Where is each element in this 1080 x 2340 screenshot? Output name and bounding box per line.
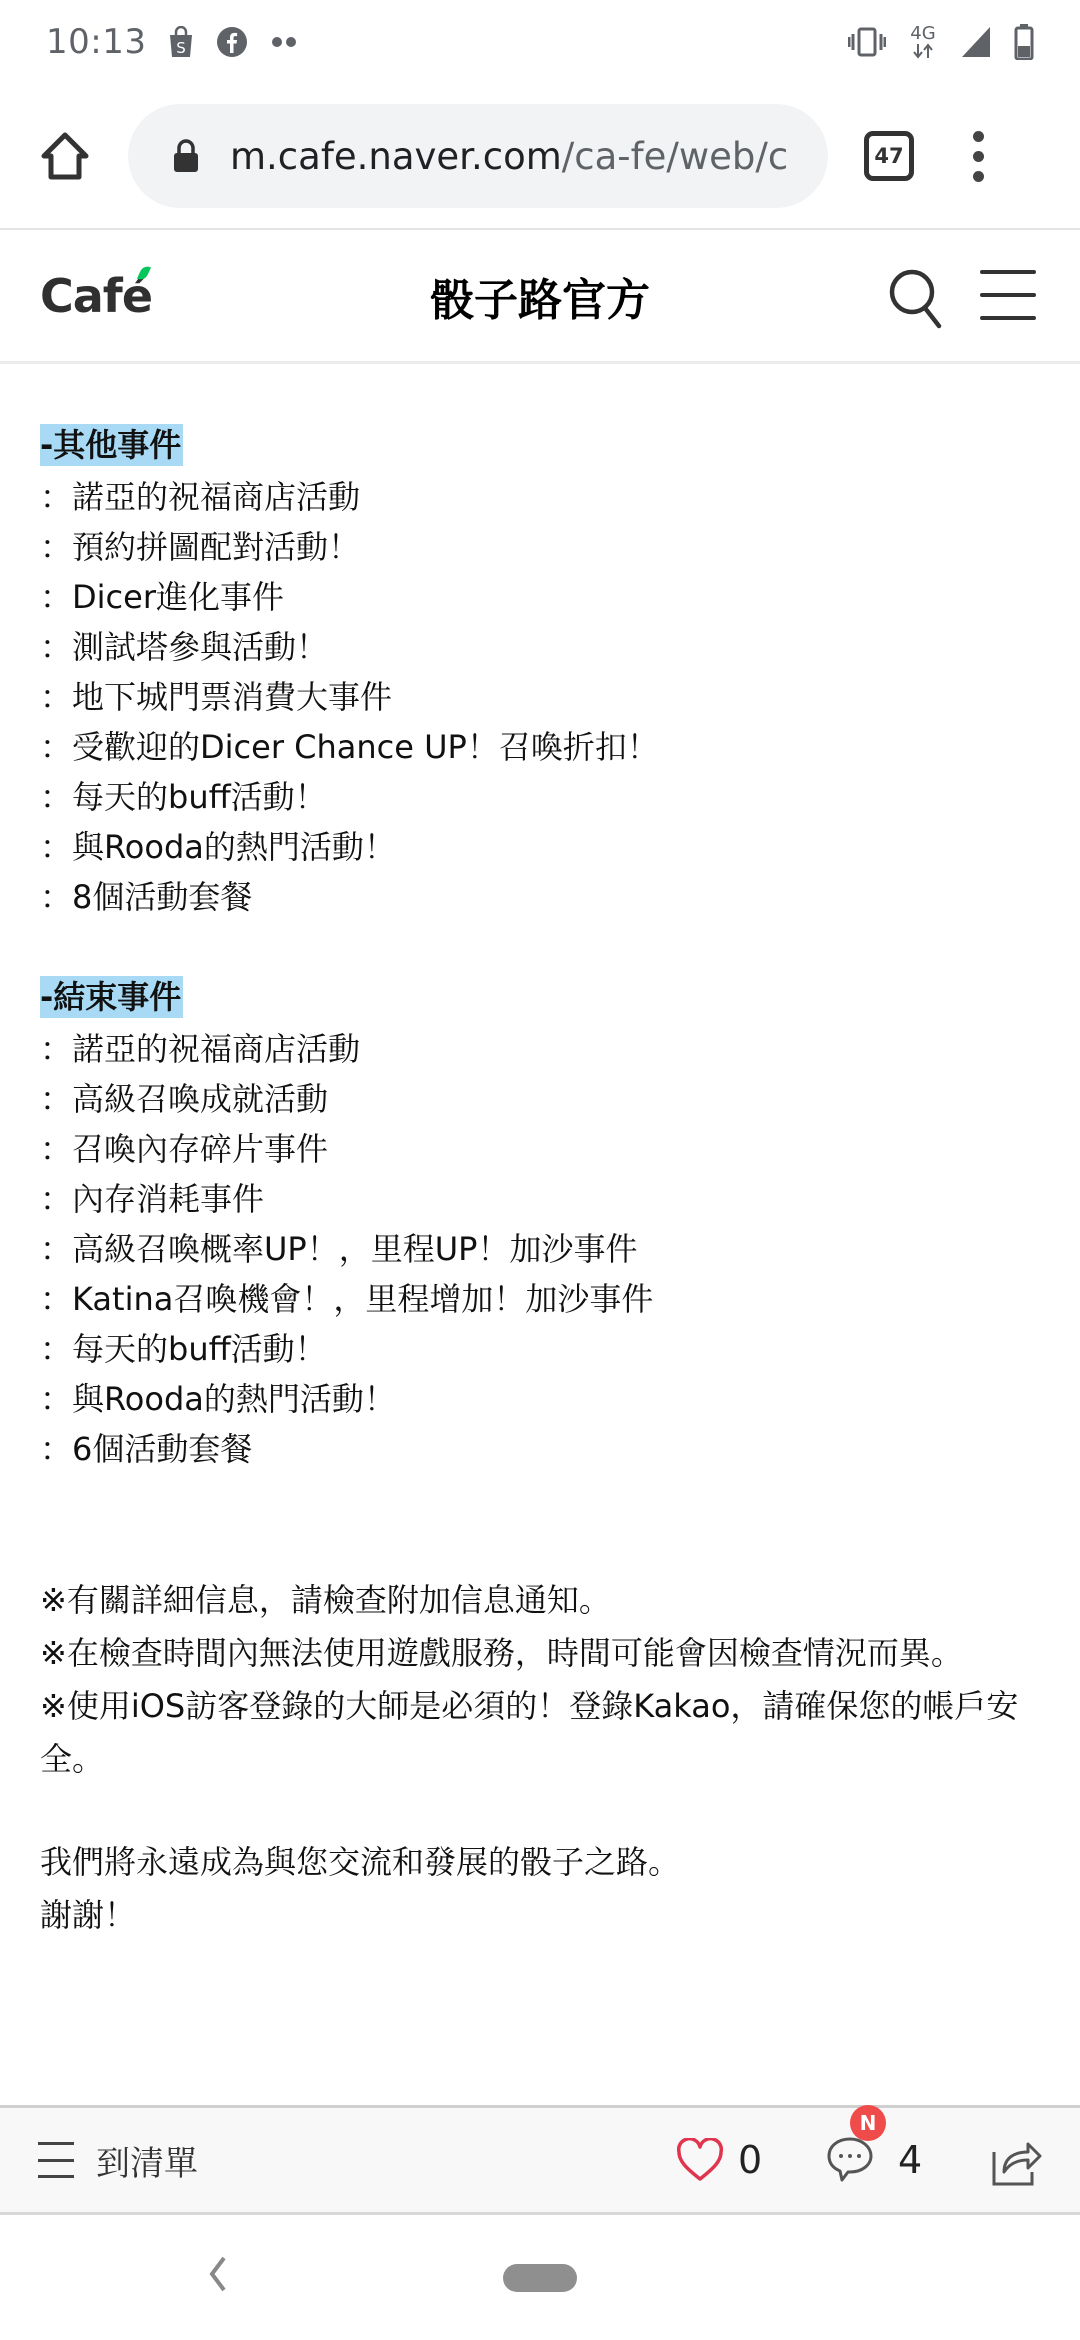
note: ※使用iOS訪客登錄的大師是必須的！登錄Kakao，請確保您的帳戶安全。 bbox=[40, 1680, 1050, 1786]
url-host: m.cafe.naver.com bbox=[230, 135, 562, 178]
article-body: -其他事件 ：諾亞的祝福商店活動 ：預約拼圖配對活動！ ：Dicer進化事件 ：… bbox=[40, 420, 1050, 1942]
search-button[interactable] bbox=[886, 266, 946, 330]
list-item: ：諾亞的祝福商店活動 bbox=[40, 1024, 1050, 1074]
more-notifications-icon bbox=[270, 36, 298, 48]
address-bar[interactable]: m.cafe.naver.com/ca-fe/web/c bbox=[128, 104, 828, 208]
list-item: ：測試塔參與活動！ bbox=[40, 622, 1050, 672]
cafe-header: Café 骰子路官方 bbox=[0, 230, 1080, 364]
list-icon bbox=[38, 2142, 74, 2178]
spacer bbox=[40, 1474, 1050, 1524]
battery-icon bbox=[1014, 24, 1034, 60]
list-item: ：每天的buff活動！ bbox=[40, 1324, 1050, 1374]
cafe-logo-text: Café bbox=[40, 269, 152, 323]
list-item: ：與Rooda的熱門活動！ bbox=[40, 822, 1050, 872]
4g-network-icon: 4G bbox=[908, 22, 938, 62]
list-item: ：每天的buff活動！ bbox=[40, 772, 1050, 822]
tab-switcher-button[interactable]: 47 bbox=[864, 131, 914, 181]
list-item: ：召喚內存碎片事件 bbox=[40, 1124, 1050, 1174]
comment-icon bbox=[826, 2135, 874, 2185]
list-item: ：Dicer進化事件 bbox=[40, 572, 1050, 622]
status-bar: 10:13 S 4G bbox=[0, 0, 1080, 84]
list-item: ：6個活動套餐 bbox=[40, 1424, 1050, 1474]
closing-line: 謝謝！ bbox=[40, 1889, 1050, 1942]
comment-count: 4 bbox=[898, 2138, 922, 2182]
svg-text:4G: 4G bbox=[910, 23, 935, 44]
event-list: ：諾亞的祝福商店活動 ：預約拼圖配對活動！ ：Dicer進化事件 ：測試塔參與活… bbox=[40, 472, 1050, 922]
closing: 我們將永遠成為與您交流和發展的骰子之路。 謝謝！ bbox=[40, 1836, 1050, 1942]
event-list: ：諾亞的祝福商店活動 ：高級召喚成就活動 ：召喚內存碎片事件 ：內存消耗事件 ：… bbox=[40, 1024, 1050, 1474]
status-time: 10:13 bbox=[46, 22, 146, 62]
hamburger-line bbox=[980, 293, 1036, 297]
section-ended-events: -結束事件 ：諾亞的祝福商店活動 ：高級召喚成就活動 ：召喚內存碎片事件 ：內存… bbox=[40, 972, 1050, 1474]
home-pill-button[interactable] bbox=[503, 2264, 577, 2292]
lock-icon bbox=[172, 139, 200, 173]
list-item: ：8個活動套餐 bbox=[40, 872, 1050, 922]
search-icon bbox=[886, 266, 946, 330]
list-item: ：內存消耗事件 bbox=[40, 1174, 1050, 1224]
browser-toolbar: m.cafe.naver.com/ca-fe/web/c 47 bbox=[0, 84, 1080, 230]
notes: ※有關詳細信息，請檢查附加信息通知。 ※在檢查時間內無法使用遊戲服務，時間可能會… bbox=[40, 1574, 1050, 1786]
new-comment-badge: N bbox=[850, 2105, 886, 2141]
list-item: ：諾亞的祝福商店活動 bbox=[40, 472, 1050, 522]
system-nav-bar bbox=[0, 2218, 1080, 2340]
list-item: ：地下城門票消費大事件 bbox=[40, 672, 1050, 722]
home-button[interactable] bbox=[20, 111, 110, 201]
article-action-bar: 到清單 0 N 4 bbox=[0, 2105, 1080, 2215]
hamburger-line bbox=[980, 316, 1036, 320]
list-item: ：與Rooda的熱門活動！ bbox=[40, 1374, 1050, 1424]
url-path: /ca-fe/web/c bbox=[562, 135, 788, 178]
svg-text:S: S bbox=[177, 39, 187, 57]
like-button[interactable]: 0 bbox=[676, 2138, 762, 2182]
signal-icon bbox=[960, 25, 992, 59]
section-heading: -其他事件 bbox=[40, 424, 183, 466]
vibrate-icon bbox=[848, 26, 886, 58]
list-item: ：預約拼圖配對活動！ bbox=[40, 522, 1050, 572]
section-other-events: -其他事件 ：諾亞的祝福商店活動 ：預約拼圖配對活動！ ：Dicer進化事件 ：… bbox=[40, 420, 1050, 922]
facebook-icon bbox=[216, 26, 248, 58]
home-icon bbox=[39, 130, 91, 182]
list-item: ：受歡迎的Dicer Chance UP！召喚折扣！ bbox=[40, 722, 1050, 772]
more-vert-dot bbox=[973, 151, 984, 162]
tab-count: 47 bbox=[874, 144, 903, 168]
more-vert-icon bbox=[973, 131, 984, 142]
to-list-label: 到清單 bbox=[96, 2136, 198, 2185]
spacer bbox=[40, 922, 1050, 972]
closing-line: 我們將永遠成為與您交流和發展的骰子之路。 bbox=[40, 1836, 1050, 1889]
to-list-button[interactable]: 到清單 bbox=[38, 2136, 198, 2185]
comment-button[interactable]: N 4 bbox=[826, 2135, 922, 2185]
shopee-bag-icon: S bbox=[168, 26, 194, 58]
list-item: ：Katina召喚機會！，里程增加！加沙事件 bbox=[40, 1274, 1050, 1324]
list-item: ：高級召喚概率UP！，里程UP！加沙事件 bbox=[40, 1224, 1050, 1274]
heart-icon bbox=[676, 2138, 724, 2182]
more-vert-dot bbox=[973, 171, 984, 182]
note: ※在檢查時間內無法使用遊戲服務，時間可能會因檢查情況而異。 bbox=[40, 1627, 1050, 1680]
share-button[interactable] bbox=[990, 2136, 1042, 2190]
back-chevron-icon bbox=[206, 2254, 228, 2294]
hamburger-menu-button[interactable] bbox=[980, 270, 1036, 320]
spacer bbox=[40, 1786, 1050, 1836]
like-count: 0 bbox=[738, 2138, 762, 2182]
hamburger-icon bbox=[980, 270, 1036, 274]
cafe-logo[interactable]: Café bbox=[40, 269, 152, 323]
browser-menu-button[interactable] bbox=[958, 111, 998, 201]
note: ※有關詳細信息，請檢查附加信息通知。 bbox=[40, 1574, 1050, 1627]
share-icon bbox=[990, 2136, 1042, 2186]
back-button[interactable] bbox=[206, 2254, 228, 2304]
section-heading: -結束事件 bbox=[40, 976, 183, 1018]
list-item: ：高級召喚成就活動 bbox=[40, 1074, 1050, 1124]
spacer bbox=[40, 1524, 1050, 1574]
